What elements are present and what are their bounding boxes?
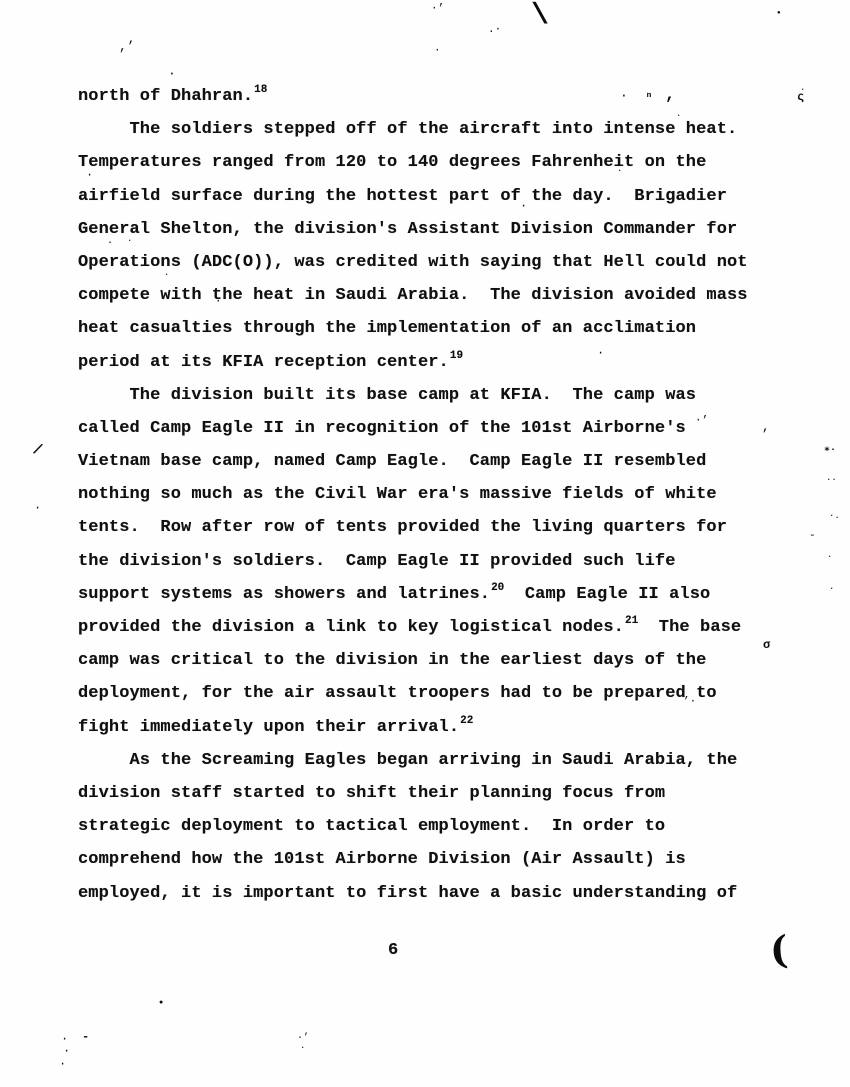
scan-speck: · <box>676 112 681 121</box>
scan-speck: - <box>809 531 816 542</box>
scan-speck: · <box>829 585 834 594</box>
scan-speck: ( <box>769 930 790 969</box>
text-run: airfield surface during the hottest part… <box>78 187 727 206</box>
page-number: 6 <box>388 941 398 960</box>
text-line-15: the division's soldiers. Camp Eagle II p… <box>78 545 748 578</box>
text-run: called Camp Eagle II in recognition of t… <box>78 419 686 438</box>
scan-speck: · <box>215 297 222 308</box>
text-run: nothing so much as the Civil War era's m… <box>78 485 717 504</box>
text-run: heat casualties through the implementati… <box>78 319 696 338</box>
scan-speck: ς <box>797 91 804 103</box>
scan-speck: ·· <box>826 476 837 485</box>
text-run: General Shelton, the division's Assistan… <box>78 220 737 239</box>
text-run: fight immediately upon their arrival. <box>78 718 459 737</box>
scan-speck: ’ <box>761 428 769 441</box>
footnote-ref-21: 21 <box>625 615 638 627</box>
scan-speck: · <box>164 271 169 280</box>
text-line-3: Temperatures ranged from 120 to 140 degr… <box>78 146 748 179</box>
text-line-5: General Shelton, the division's Assistan… <box>78 213 748 246</box>
scan-speck: · <box>63 1045 70 1057</box>
scan-speck: ,’ <box>119 40 135 53</box>
text-run: camp was critical to the division in the… <box>78 651 706 670</box>
scan-speck: · <box>434 46 441 57</box>
text-line-19: deployment, for the air assault troopers… <box>78 677 748 710</box>
text-run: period at its KFIA reception center. <box>78 353 449 372</box>
scan-speck: · <box>168 67 176 80</box>
scan-speck: · <box>827 553 832 562</box>
footnote-ref-22: 22 <box>460 715 473 727</box>
text-line-25: employed, it is important to first have … <box>78 877 748 910</box>
scan-speck: · <box>617 167 622 176</box>
text-line-23: strategic deployment to tactical employm… <box>78 810 748 843</box>
text-line-10: The division built its base camp at KFIA… <box>78 379 748 412</box>
text-line-16: support systems as showers and latrines.… <box>78 578 748 611</box>
text-run: north of Dhahran. <box>78 87 253 106</box>
text-line-9: period at its KFIA reception center.19 <box>78 346 748 379</box>
scan-speck: / <box>31 442 44 459</box>
scan-speck: .· <box>488 25 501 36</box>
text-run: compete with the heat in Saudi Arabia. T… <box>78 286 748 305</box>
text-run: support systems as showers and latrines. <box>78 585 490 604</box>
scan-speck: ● <box>159 1000 163 1007</box>
scan-speck: · <box>34 502 41 514</box>
text-run: The division built its base camp at KFIA… <box>78 386 696 405</box>
document-page: north of Dhahran.18 The soldiers stepped… <box>0 0 850 1087</box>
text-line-14: tents. Row after row of tents provided t… <box>78 511 748 544</box>
text-run: employed, it is important to first have … <box>78 884 737 903</box>
text-line-6: Operations (ADC(O)), was credited with s… <box>78 246 748 279</box>
scan-speck: · <box>293 257 298 266</box>
scan-speck: · <box>300 1044 305 1053</box>
text-run: The base <box>638 618 741 637</box>
scan-speck: ∗· <box>824 446 836 456</box>
text-run: The soldiers stepped off of the aircraft… <box>78 120 737 139</box>
scan-speck: σ <box>763 639 770 651</box>
body-text: north of Dhahran.18 The soldiers stepped… <box>78 80 748 910</box>
text-line-7: compete with the heat in Saudi Arabia. T… <box>78 279 748 312</box>
text-run: Temperatures ranged from 120 to 140 degr… <box>78 153 706 172</box>
text-run: Operations (ADC(O)), was credited with s… <box>78 253 748 272</box>
text-line-17: provided the division a link to key logi… <box>78 611 748 644</box>
footnote-ref-19: 19 <box>450 350 463 362</box>
text-run: comprehend how the 101st Airborne Divisi… <box>78 850 686 869</box>
scan-speck: · <box>620 89 628 102</box>
text-run: strategic deployment to tactical employm… <box>78 817 665 836</box>
text-run: the division's soldiers. Camp Eagle II p… <box>78 552 676 571</box>
text-line-4: airfield surface during the hottest part… <box>78 180 748 213</box>
text-run: division staff started to shift their pl… <box>78 784 665 803</box>
text-run: As the Screaming Eagles began arriving i… <box>78 751 737 770</box>
scan-speck: \ <box>531 1 549 31</box>
scan-speck: · <box>107 239 113 249</box>
text-line-2: The soldiers stepped off of the aircraft… <box>78 113 748 146</box>
text-line-13: nothing so much as the Civil War era's m… <box>78 478 748 511</box>
scan-speck: ● <box>777 10 781 16</box>
scan-speck: · <box>59 1058 66 1070</box>
text-run: tents. Row after row of tents provided t… <box>78 518 727 537</box>
text-line-24: comprehend how the 101st Airborne Divisi… <box>78 843 748 876</box>
text-line-12: Vietnam base camp, named Camp Eagle. Cam… <box>78 445 748 478</box>
text-run: deployment, for the air assault troopers… <box>78 684 717 703</box>
footnote-ref-20: 20 <box>491 582 504 594</box>
scan-speck: · <box>127 237 132 246</box>
scan-speck: , <box>665 87 675 104</box>
scan-speck: ⁿ <box>645 90 653 103</box>
footnote-ref-18: 18 <box>254 84 267 96</box>
text-line-18: camp was critical to the division in the… <box>78 644 748 677</box>
text-line-11: called Camp Eagle II in recognition of t… <box>78 412 748 445</box>
scan-speck: ·’ <box>695 416 708 427</box>
scan-speck: · <box>597 347 604 359</box>
scan-speck: - <box>82 1031 89 1043</box>
text-run: provided the division a link to key logi… <box>78 618 624 637</box>
scan-speck: · <box>520 200 527 212</box>
scan-speck: ’· <box>683 697 696 708</box>
text-line-8: heat casualties through the implementati… <box>78 312 748 345</box>
text-line-20: fight immediately upon their arrival.22 <box>78 711 748 744</box>
text-run: Vietnam base camp, named Camp Eagle. Cam… <box>78 452 706 471</box>
scan-speck: ·. <box>829 512 840 521</box>
scan-speck: ·’ <box>431 4 444 15</box>
text-line-21: As the Screaming Eagles began arriving i… <box>78 744 748 777</box>
text-run: Camp Eagle II also <box>504 585 710 604</box>
scan-speck: · <box>86 169 93 181</box>
text-line-22: division staff started to shift their pl… <box>78 777 748 810</box>
